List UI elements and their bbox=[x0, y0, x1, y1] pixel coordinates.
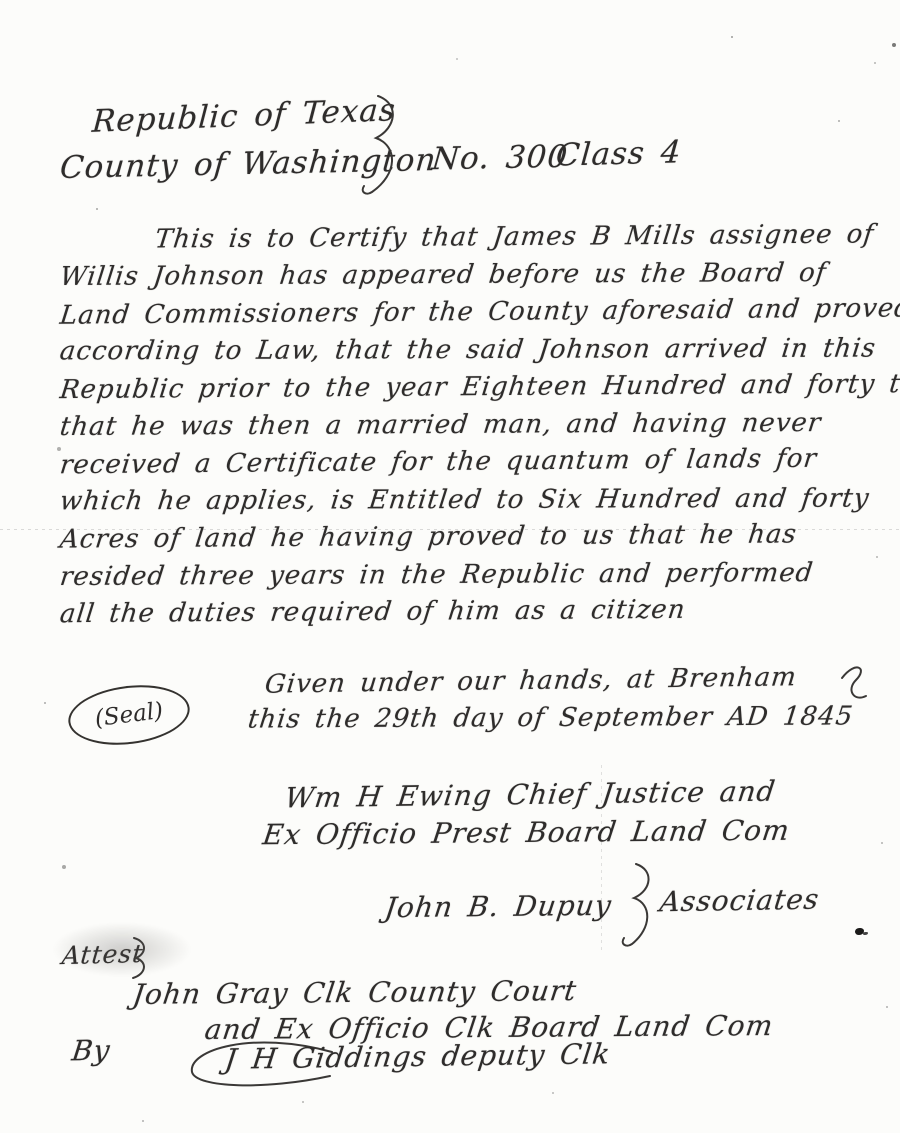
certificate-class: Class 4 bbox=[555, 134, 683, 173]
body-line: resided three years in the Republic and … bbox=[58, 558, 815, 592]
deputy-clerk-signature: J H Giddings deputy Clk bbox=[223, 1037, 613, 1075]
associates-label: Associates bbox=[658, 883, 821, 919]
chief-justice-title-line: Ex Officio Prest Board Land Com bbox=[261, 814, 792, 852]
associates-brace-flourish bbox=[616, 860, 660, 952]
associate-signature: John B. Dupuy bbox=[383, 889, 614, 924]
scan-noise-specks bbox=[0, 0, 2, 2]
given-under-hands-line: Given under our hands, at Brenham bbox=[263, 662, 798, 699]
body-line: Land Commissioners for the County afores… bbox=[58, 293, 900, 330]
toner-smudge bbox=[52, 922, 192, 977]
scan-artifact-vertical-line bbox=[601, 765, 602, 950]
scanned-document-page: Republic of Texas County of Washington N… bbox=[0, 0, 900, 1133]
body-line: This is to Certify that James B Mills as… bbox=[153, 219, 876, 254]
body-line: all the duties required of him as a citi… bbox=[58, 595, 687, 629]
body-line: received a Certificate for the quantum o… bbox=[58, 444, 818, 481]
body-line: Acres of land he having proved to us tha… bbox=[58, 519, 798, 554]
scan-artifact-horizontal-line bbox=[0, 529, 900, 530]
chief-justice-signature-line: Wm H Ewing Chief Justice and bbox=[283, 775, 778, 815]
seal-label: (Seal) bbox=[93, 698, 164, 732]
line-end-flourish bbox=[838, 656, 872, 708]
clerk-signature-line: John Gray Clk County Court bbox=[131, 974, 579, 1011]
body-line: Willis Johnson has appeared before us th… bbox=[58, 258, 828, 292]
body-line: Republic prior to the year Eighteen Hund… bbox=[58, 369, 900, 405]
body-line: that he was then a married man, and havi… bbox=[58, 408, 823, 442]
body-line: which he applies, is Entitled to Six Hun… bbox=[58, 484, 871, 517]
seal-mark: (Seal) bbox=[65, 679, 193, 751]
body-line: according to Law, that the said Johnson … bbox=[58, 334, 877, 367]
ink-blot bbox=[855, 928, 864, 935]
county-brace-flourish bbox=[352, 92, 408, 200]
certificate-number: No. 300 bbox=[430, 139, 569, 177]
by-label: By bbox=[70, 1034, 112, 1068]
date-line: this the 29th day of September AD 1845 bbox=[246, 701, 855, 734]
